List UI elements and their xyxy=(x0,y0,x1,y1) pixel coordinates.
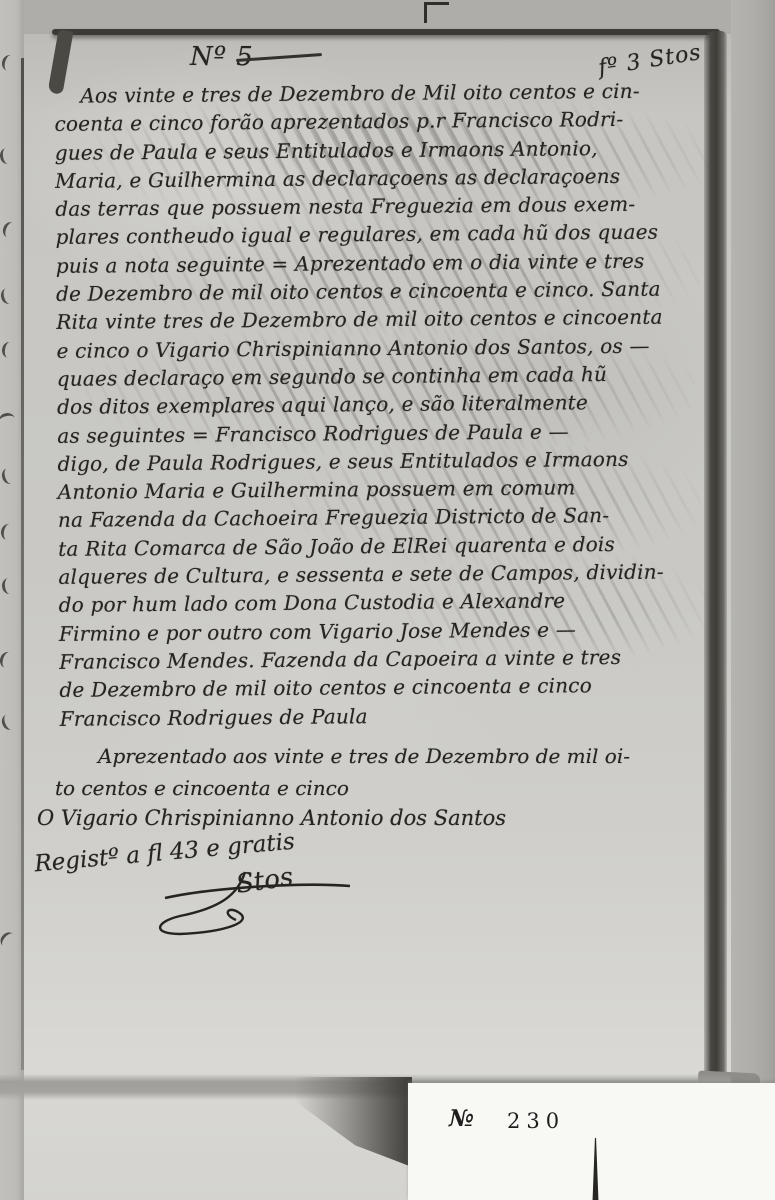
presentation-line: Aprezentado aos vinte e tres de Dezembro… xyxy=(98,744,630,768)
vicar-signature-line: O Vigario Chrispinianno Antonio dos Sant… xyxy=(37,806,506,830)
manuscript-line: e cinco o Vigario Chrispinianno Antonio … xyxy=(56,331,714,365)
manuscript-line: digo, de Paula Rodrigues, e seus Entitul… xyxy=(57,444,715,478)
manuscript-line: coenta e cinco forão aprezentados p.r Fr… xyxy=(54,104,712,138)
ink-mark xyxy=(1,341,17,359)
ink-mark xyxy=(1,220,20,240)
ink-mark xyxy=(0,54,17,73)
ink-mark xyxy=(1,577,17,594)
ink-mark xyxy=(0,411,16,428)
book-edge-strip xyxy=(731,0,775,1200)
page-left-edge xyxy=(21,58,24,1070)
pen-stroke-mark xyxy=(592,1138,599,1200)
manuscript-line: Francisco Rodrigues de Paula xyxy=(60,699,718,733)
label-number-prefix: № xyxy=(449,1105,474,1132)
manuscript-line: Francisco Mendes. Fazenda da Capoeira a … xyxy=(59,642,717,676)
ink-mark xyxy=(0,287,17,306)
crop-mark xyxy=(424,2,427,23)
scanned-manuscript-page: Nº 5 fº 3 Stos Aos vinte e tres de Dezem… xyxy=(0,0,775,1200)
ink-mark xyxy=(0,929,19,950)
page-top-border xyxy=(52,29,720,35)
ink-mark xyxy=(0,712,18,732)
page-number-label: № 230 xyxy=(408,1083,775,1200)
ink-mark xyxy=(0,523,16,541)
manuscript-body: Aos vinte e tres de Dezembro de Mil oito… xyxy=(54,76,718,733)
signature-flourish xyxy=(150,870,360,940)
label-number: 230 xyxy=(507,1109,565,1133)
presentation-line: to centos e cincoenta e cinco xyxy=(55,776,349,800)
ink-mark xyxy=(0,466,18,485)
ink-mark xyxy=(0,147,15,165)
ink-mark xyxy=(0,650,16,669)
crop-mark xyxy=(424,2,449,5)
page-heading: Nº 5 xyxy=(190,42,254,72)
